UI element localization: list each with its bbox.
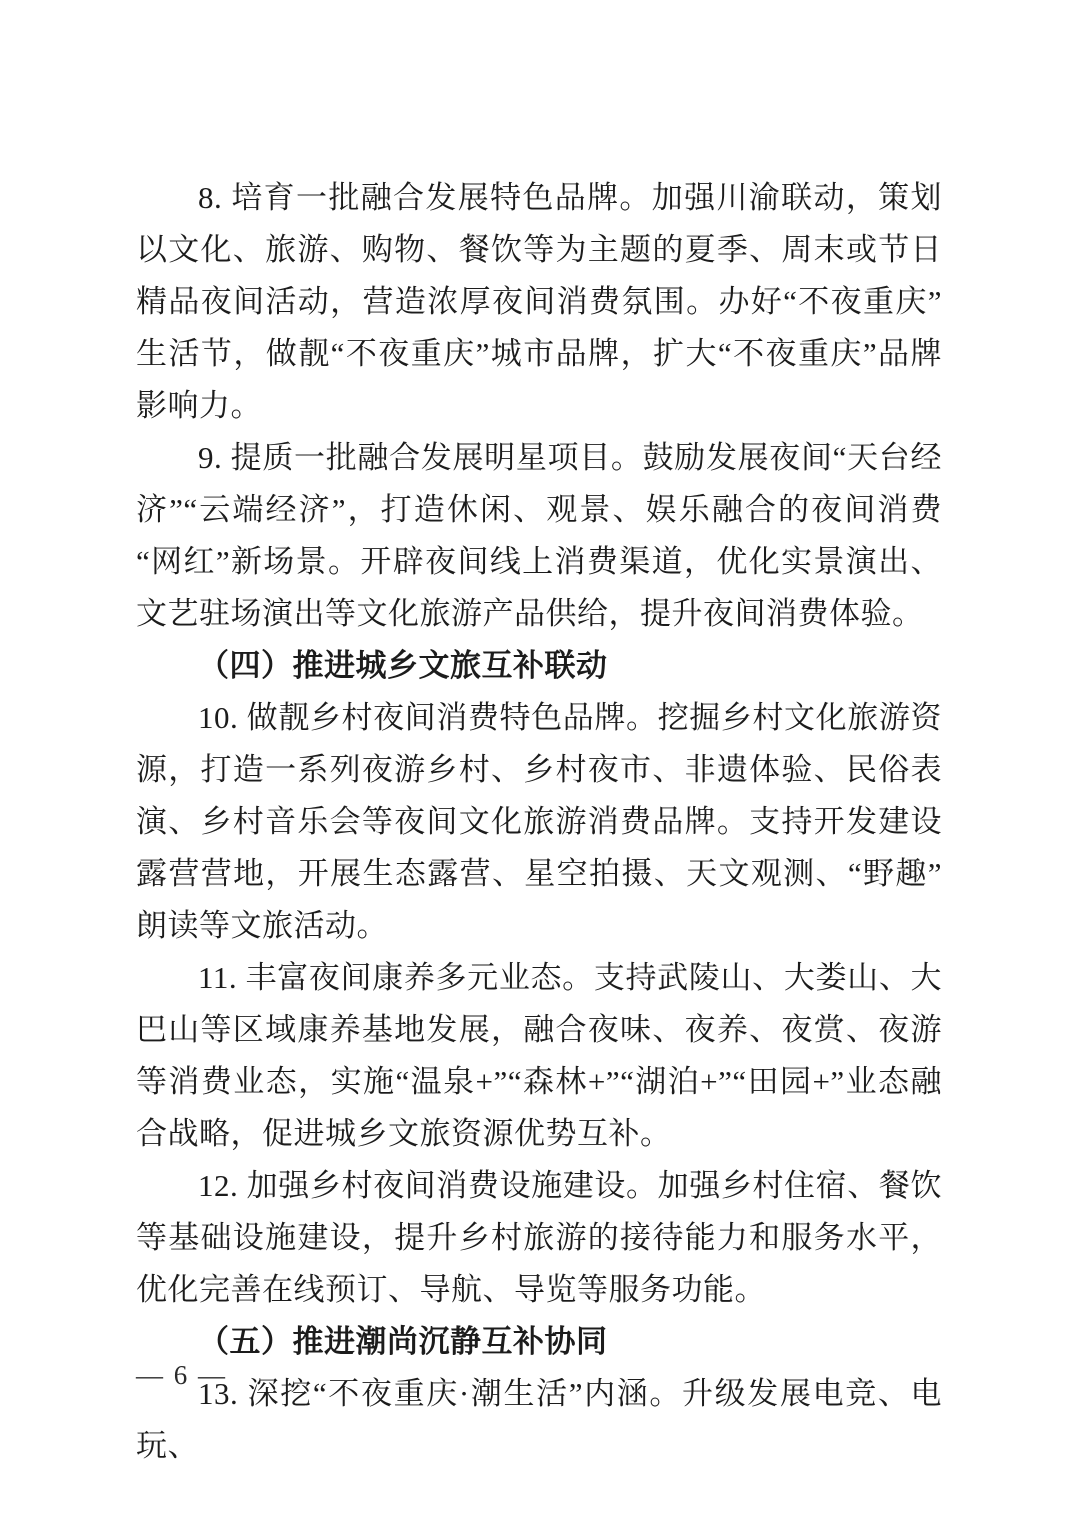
section-heading-4: （四）推进城乡文旅互补联动 <box>136 640 942 692</box>
paragraph-item-13: 13. 深挖“不夜重庆·潮生活”内涵。升级发展电竞、电玩、 <box>136 1368 942 1472</box>
document-page: 8. 培育一批融合发展特色品牌。加强川渝联动，策划以文化、旅游、购物、餐饮等为主… <box>0 0 1074 1520</box>
paragraph-item-8: 8. 培育一批融合发展特色品牌。加强川渝联动，策划以文化、旅游、购物、餐饮等为主… <box>136 172 942 432</box>
document-body: 8. 培育一批融合发展特色品牌。加强川渝联动，策划以文化、旅游、购物、餐饮等为主… <box>136 172 942 1472</box>
paragraph-item-11: 11. 丰富夜间康养多元业态。支持武陵山、大娄山、大巴山等区域康养基地发展，融合… <box>136 952 942 1160</box>
page-footer: — 6 — <box>136 1358 227 1392</box>
paragraph-item-10: 10. 做靓乡村夜间消费特色品牌。挖掘乡村文化旅游资源，打造一系列夜游乡村、乡村… <box>136 692 942 952</box>
paragraph-item-9: 9. 提质一批融合发展明星项目。鼓励发展夜间“天台经济”“云端经济”，打造休闲、… <box>136 432 942 640</box>
page-number: — 6 — <box>136 1360 227 1390</box>
section-heading-5: （五）推进潮尚沉静互补协同 <box>136 1316 942 1368</box>
paragraph-item-12: 12. 加强乡村夜间消费设施建设。加强乡村住宿、餐饮等基础设施建设，提升乡村旅游… <box>136 1160 942 1316</box>
